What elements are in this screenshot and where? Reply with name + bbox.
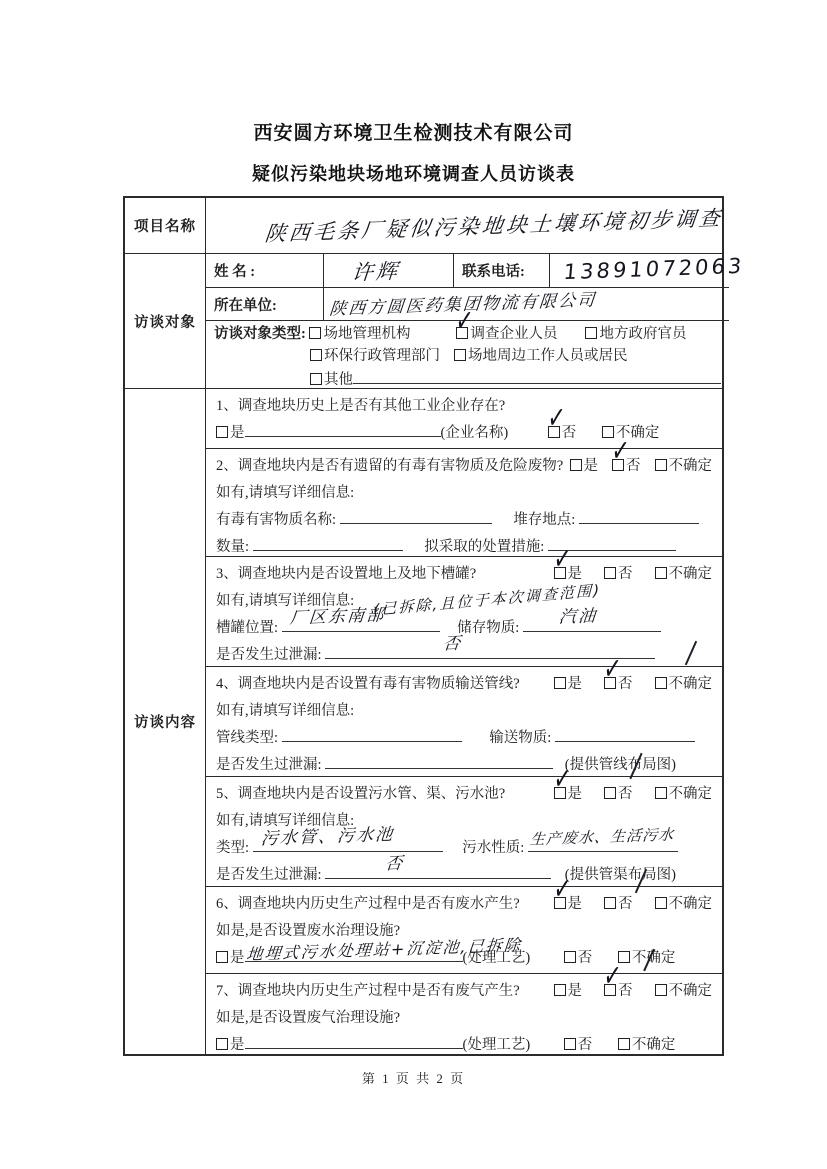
checkbox-icon [454,349,466,361]
q4-f2-label: 输送物质: [489,730,551,746]
q2-quantity-field[interactable] [253,534,403,551]
checkbox-icon [554,984,566,996]
interviewee-label: 访谈对象 [125,254,206,388]
unit-label: 所在单位: [206,288,324,320]
q2-detail-hint: 如有,请填写详细信息: [216,480,712,507]
checkbox-q4-unsure[interactable]: 不确定✓ [655,671,713,698]
checkbox-icon [554,897,566,909]
q3-stored-substance-field[interactable]: 汽油 [523,615,661,632]
q4-leakage-field[interactable] [325,752,553,769]
checkbox-icon [216,426,228,438]
checkbox-q2-no[interactable]: 否✓ [612,453,641,480]
q4-f3-label: 是否发生过泄漏: [216,757,322,773]
row-project-name: 项目名称 陕西毛条厂疑似污染地块土壤环境初步调查 [125,198,722,254]
q1-enterprise-name-field[interactable] [245,420,441,437]
checkbox-icon [548,426,560,438]
q7-process-field[interactable] [245,1032,463,1049]
q1-title: 1、调查地块历史上是否有其他工业企业存在? [216,393,712,420]
checkbox-q7-yes[interactable]: 是✓ [554,978,583,1005]
q4-f1-label: 管线类型: [216,730,278,746]
checkbox-icon [604,677,616,689]
q1-yes-suffix: (企业名称) [441,425,509,441]
checkbox-icon [585,327,597,339]
unit-field[interactable]: 陕西方圆医药集团物流有限公司 [324,288,729,320]
other-type-field[interactable] [353,367,721,384]
q2-title: 2、调查地块内是否有遗留的有毒有害物质及危险废物? [216,453,563,480]
checkbox-icon [309,327,321,339]
q2-f1-label: 有毒有害物质名称: [216,512,336,528]
checkbox-q2-unsure[interactable]: 不确定✓ [655,453,713,480]
question-6: 6、调查地块内历史生产过程中是否有废水产生? 是✓否✓不确定✓ 如是,是否设置废… [206,887,722,974]
row-interview-content: 访谈内容 1、调查地块历史上是否有其他工业企业存在? 是✓(企业名称) 否✓ 不… [125,389,722,1054]
checkbox-icon [655,567,667,579]
checkbox-q1-no[interactable]: 否✓ [548,420,577,447]
checkbox-icon [456,327,468,339]
project-name-label: 项目名称 [125,198,206,253]
question-4: 4、调查地块内是否设置有毒有害物质输送管线? 是✓否✓不确定✓ 如有,请填写详细… [206,667,722,777]
form-title: 疑似污染地块场地环境调查人员访谈表 [0,160,827,186]
q6-process-field[interactable]: 地埋式污水处理站+沉淀池,已拆除 [245,945,463,962]
q2-disposal-measures-field[interactable] [548,534,676,551]
checkbox-q7-process-yes[interactable]: 是✓ [216,1032,245,1059]
checkbox-icon [612,459,624,471]
checkbox-q6-yes[interactable]: 是✓ [554,891,583,918]
q5-title: 5、调查地块内是否设置污水管、渠、污水池? [216,781,505,808]
checkbox-icon [655,677,667,689]
q5-f1-label: 类型: [216,840,249,856]
checkbox-icon [564,1038,576,1050]
checkbox-type-site-management[interactable]: 场地管理机构✓ [309,323,410,345]
checkbox-q7-process-unsure[interactable]: 不确定✓ [618,1032,676,1059]
q3-f1-label: 槽罐位置: [216,620,278,636]
checkbox-icon [570,459,582,471]
checkbox-q5-yes[interactable]: 是✓ [554,781,583,808]
checkbox-icon [604,787,616,799]
checkbox-type-surveyed-enterprise[interactable]: 调查企业人员✓ [456,323,557,345]
checkbox-q4-no[interactable]: 否✓ [604,671,633,698]
q6-title: 6、调查地块内历史生产过程中是否有废水产生? [216,891,520,918]
q4-detail-hint: 如有,请填写详细信息: [216,698,712,725]
checkbox-q3-unsure[interactable]: 不确定✓ [655,561,713,588]
phone-handwriting: 13891072063 [563,254,746,284]
q6-yes-suffix: (处理工艺) [463,950,531,966]
checkbox-icon [310,373,322,385]
project-name-field[interactable]: 陕西毛条厂疑似污染地块土壤环境初步调查 [206,198,722,253]
q7-detail-hint: 如是,是否设置废气治理设施? [216,1005,712,1032]
subrow-name-phone: 姓 名 : 许辉 联系电话: 13891072063 [206,254,729,288]
checkbox-q1-yes[interactable]: 是✓ [216,420,245,447]
page-footer: 第 1 页 共 2 页 [0,1068,827,1087]
checkbox-q7-unsure[interactable]: 不确定✓ [655,978,713,1005]
checkbox-icon [655,897,667,909]
q3-detail-hint: 如有,请填写详细信息: [216,588,712,615]
checkbox-icon [618,1038,630,1050]
company-title: 西安圆方环境卫生检测技术有限公司 [0,118,827,145]
checkbox-icon [554,677,566,689]
q2-substance-name-field[interactable] [340,507,492,524]
q4-note: (提供管线布局图) [565,757,676,773]
q7-yes-suffix: (处理工艺) [463,1037,531,1053]
checkbox-q6-process-unsure[interactable]: 不确定✓ [618,945,676,972]
q3-leakage-field[interactable]: 否 [325,642,655,659]
q5-note: (提供管渠布局图) [565,867,676,883]
question-1: 1、调查地块历史上是否有其他工业企业存在? 是✓(企业名称) 否✓ 不确定✓ [206,389,722,449]
q7-title: 7、调查地块内历史生产过程中是否有废气产生? [216,978,520,1005]
checkbox-q3-yes[interactable]: 是✓ [554,561,583,588]
checkbox-q6-process-yes[interactable]: 是✓ [216,945,245,972]
q5-sewage-nature-field[interactable]: 生产废水、生活污水 [528,835,678,852]
q4-pipeline-type-field[interactable] [282,725,462,742]
checkbox-q6-no[interactable]: 否✓ [604,891,633,918]
subrow-interviewee-type: 访谈对象类型: 场地管理机构✓调查企业人员✓地方政府官员✓ 环保行政管理部门✓场… [206,321,729,388]
checkbox-icon [554,787,566,799]
q2-f2-label: 堆存地点: [513,512,575,528]
checkbox-icon [554,567,566,579]
q3-title: 3、调查地块内是否设置地上及地下槽罐? [216,561,476,588]
q4-transported-substance-field[interactable] [555,725,695,742]
checkbox-icon [604,897,616,909]
q5-f3-label: 是否发生过泄漏: [216,867,322,883]
type-label: 访谈对象类型: [214,326,306,342]
checkbox-icon [655,984,667,996]
question-3: 3、调查地块内是否设置地上及地下槽罐? 是✓否✓不确定✓ 如有,请填写详细信息:… [206,557,722,667]
q5-type-field[interactable]: 污水管、污水池 [253,835,443,852]
name-handwriting: 许辉 [351,255,402,287]
unit-handwriting: 陕西方圆医药集团物流有限公司 [328,285,597,319]
checkbox-type-local-official[interactable]: 地方政府官员✓ [585,323,686,345]
name-label: 姓 名 : [206,254,324,287]
checkbox-icon [216,1038,228,1050]
checkbox-icon [604,567,616,579]
q5-f2-label: 污水性质: [462,840,524,856]
q5-leakage-field[interactable]: 否 [325,862,551,879]
name-field[interactable]: 许辉 [324,254,454,287]
checkbox-q5-no[interactable]: 否✓ [604,781,633,808]
checkbox-icon [655,787,667,799]
phone-field[interactable]: 13891072063 [550,254,729,287]
checkbox-icon [564,951,576,963]
checkbox-q6-process-no[interactable]: 否✓ [564,945,593,972]
q4-title: 4、调查地块内是否设置有毒有害物质输送管线? [216,671,520,698]
checkbox-icon [216,951,228,963]
interview-form-table: 项目名称 陕西毛条厂疑似污染地块土壤环境初步调查 访谈对象 姓 名 : 许辉 联… [123,196,724,1056]
q5-detail-hint: 如有,请填写详细信息: [216,808,712,835]
interview-content-label: 访谈内容 [125,389,206,1054]
checkbox-q3-no[interactable]: 否✓ [604,561,633,588]
q6-detail-hint: 如是,是否设置废水治理设施? [216,918,712,945]
q3-tank-location-field[interactable]: 厂区东南部 [282,615,440,632]
checkbox-icon [604,984,616,996]
project-name-handwriting: 陕西毛条厂疑似污染地块土壤环境初步调查 [263,202,724,248]
question-7: 7、调查地块内历史生产过程中是否有废气产生? 是✓否✓不确定✓ 如是,是否设置废… [206,974,722,1054]
q3-f2-label: 储存物质: [457,620,519,636]
checkbox-q4-yes[interactable]: 是✓ [554,671,583,698]
row-interviewee: 访谈对象 姓 名 : 许辉 联系电话: 13891072063 所在单位: 陕西… [125,254,722,389]
subrow-unit: 所在单位: 陕西方圆医药集团物流有限公司 [206,288,729,321]
checkbox-icon [310,349,322,361]
checkbox-q1-unsure[interactable]: 不确定✓ [602,420,660,447]
checkbox-icon [655,459,667,471]
checkbox-icon [602,426,614,438]
checkbox-icon [618,951,630,963]
checkbox-q5-unsure[interactable]: 不确定✓ [655,781,713,808]
q2-storage-location-field[interactable] [579,507,699,524]
checkbox-q7-no[interactable]: 否✓ [604,978,633,1005]
question-2: 2、调查地块内是否有遗留的有毒有害物质及危险废物? 是✓否✓不确定✓ 如有,请填… [206,449,722,557]
checkbox-q7-process-no[interactable]: 否✓ [564,1032,593,1059]
checkbox-type-nearby-residents[interactable]: 场地周边工作人员或居民✓ [454,345,628,367]
q2-f4-label: 拟采取的处置措施: [424,539,544,555]
question-5: 5、调查地块内是否设置污水管、渠、污水池? 是✓否✓不确定✓ 如有,请填写详细信… [206,777,722,887]
checkbox-type-other[interactable]: 其他✓ [310,369,353,391]
checkbox-type-epa-department[interactable]: 环保行政管理部门✓ [310,345,440,367]
phone-label: 联系电话: [454,254,550,287]
q2-f3-label: 数量: [216,539,249,555]
checkbox-q6-unsure[interactable]: 不确定✓ [655,891,713,918]
checkbox-q2-yes[interactable]: 是✓ [570,453,599,480]
q3-f3-label: 是否发生过泄漏: [216,647,322,663]
